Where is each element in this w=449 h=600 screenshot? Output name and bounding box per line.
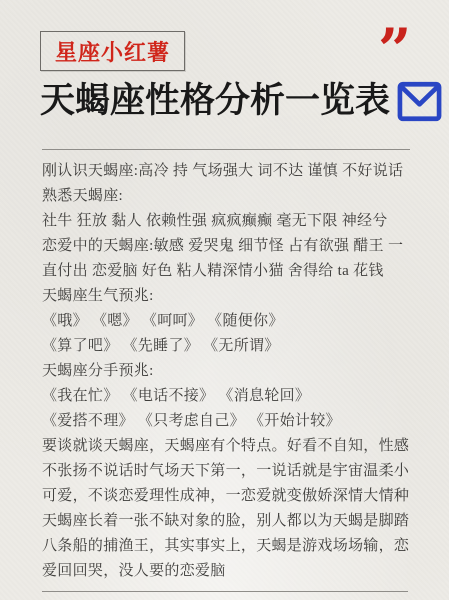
body-line: 八条船的捕渔王，其实事实上，天蝎是游戏场场输，恋 (42, 534, 422, 559)
body-line: 不张扬不说话时气场天下第一，一说话就是宇宙温柔小 (42, 459, 422, 484)
divider (42, 149, 410, 150)
quote-mark-icon: ” (378, 18, 412, 66)
body-line: 天蝎座长着一张不缺对象的脸，别人都以为天蝎是脚踏 (42, 509, 422, 534)
brand-badge: 星座小红薯 (40, 31, 185, 71)
brand-badge-label: 星座小红薯 (55, 36, 170, 67)
body-line: 刚认识天蝎座:高冷 持 气场强大 词不达 谨慎 不好说话 (42, 159, 422, 184)
title-row: 天蝎座性格分析一览表 (40, 76, 445, 126)
body-line: 《我在忙》 《电话不接》 《消息轮回》 (42, 384, 422, 409)
divider (42, 591, 408, 592)
envelope-icon (397, 81, 442, 122)
body-line: 要谈就谈天蝎座，天蝎座有个特点。好看不自知，性感 (42, 434, 422, 459)
body-line: 《算了吧》 《先睡了》 《无所谓》 (42, 334, 422, 359)
body-line: 《爱搭不理》 《只考虑自己》 《开始计较》 (42, 409, 422, 434)
body-line: 天蝎座生气预兆: (42, 284, 422, 309)
page-title: 天蝎座性格分析一览表 (40, 76, 390, 126)
body-line: 熟悉天蝎座: (42, 184, 422, 209)
body-line: 爱回回哭，没人要的恋爱脑 (42, 559, 422, 584)
body-line: 恋爱中的天蝎座:敏感 爱哭鬼 细节怪 占有欲强 醋王 一 (42, 234, 422, 259)
body-line: 社牛 狂放 黏人 依赖性强 疯疯癫癫 毫无下限 神经兮 (42, 209, 422, 234)
body-line: 《哦》 《嗯》 《呵呵》 《随便你》 (42, 309, 422, 334)
body-line: 可爱，不谈恋爱理性成神，一恋爱就变傲娇深情大情种 (42, 484, 422, 509)
body-line: 直付出 恋爱脑 好色 粘人精深情小猫 舍得给 ta 花钱 (42, 259, 422, 284)
body-text: 刚认识天蝎座:高冷 持 气场强大 词不达 谨慎 不好说话 熟悉天蝎座: 社牛 狂… (42, 159, 422, 584)
poster-page: 星座小红薯 ” 天蝎座性格分析一览表 刚认识天蝎座:高冷 持 气场强大 词不达 … (0, 0, 449, 600)
body-line: 天蝎座分手预兆: (42, 359, 422, 384)
